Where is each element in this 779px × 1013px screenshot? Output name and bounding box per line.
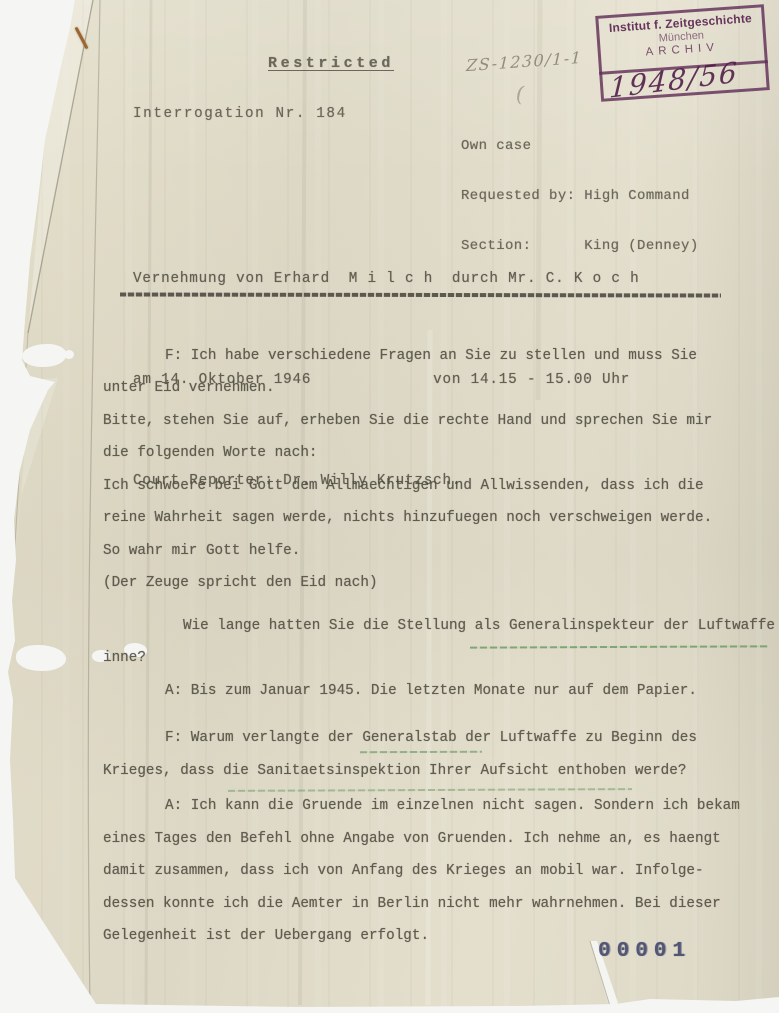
paper-sheet: Restricted ZS-1230/1-1 ( Institut f. Zei…	[0, 0, 779, 1013]
body-line: Ich schwoere bei Gott dem Allmaechtigen …	[103, 478, 704, 494]
archive-stamp: Institut f. Zeitgeschichte München ARCHI…	[595, 4, 770, 102]
tear-hole	[16, 645, 66, 671]
body-line: Gelegenheit ist der Uebergang erfolgt.	[103, 928, 429, 944]
body-line: Wie lange hatten Sie die Stellung als Ge…	[183, 618, 775, 634]
body-line: (Der Zeuge spricht den Eid nach)	[103, 575, 378, 591]
body-line: Krieges, dass die Sanitaetsinspektion Ih…	[103, 763, 686, 779]
classification-heading: Restricted	[268, 55, 394, 72]
body-line: dessen konnte ich die Aemter in Berlin n…	[103, 896, 721, 912]
tear-hole	[64, 350, 74, 359]
case-own-case: Own case	[461, 138, 699, 155]
body-line: A: Ich kann die Gruende im einzelnen nic…	[165, 798, 740, 814]
body-line: F: Warum verlangte der Generalstab der L…	[165, 730, 697, 746]
body-line: damit zusammen, dass ich von Anfang des …	[103, 863, 704, 879]
body-line: Bitte, stehen Sie auf, erheben Sie die r…	[103, 413, 712, 429]
body-line: F: Ich habe verschiedene Fragen an Sie z…	[165, 348, 697, 364]
body-line: reine Wahrheit sagen werde, nichts hinzu…	[103, 510, 712, 526]
interrogation-number: Interrogation Nr. 184	[133, 106, 347, 122]
body-line: eines Tages den Befehl ohne Angabe von G…	[103, 831, 721, 847]
scanned-document-page: { "page": { "classification": "Restricte…	[0, 0, 779, 1013]
body-line: inne?	[103, 650, 146, 666]
body-line: unter Eid vernehmen.	[103, 380, 275, 396]
body-line: A: Bis zum Januar 1945. Die letzten Mona…	[165, 683, 697, 699]
page-number-stamp: 00001	[598, 940, 691, 963]
tear-hole	[22, 344, 66, 367]
body-line: die folgenden Worte nach:	[103, 445, 318, 461]
body-line: So wahr mir Gott helfe.	[103, 543, 300, 559]
